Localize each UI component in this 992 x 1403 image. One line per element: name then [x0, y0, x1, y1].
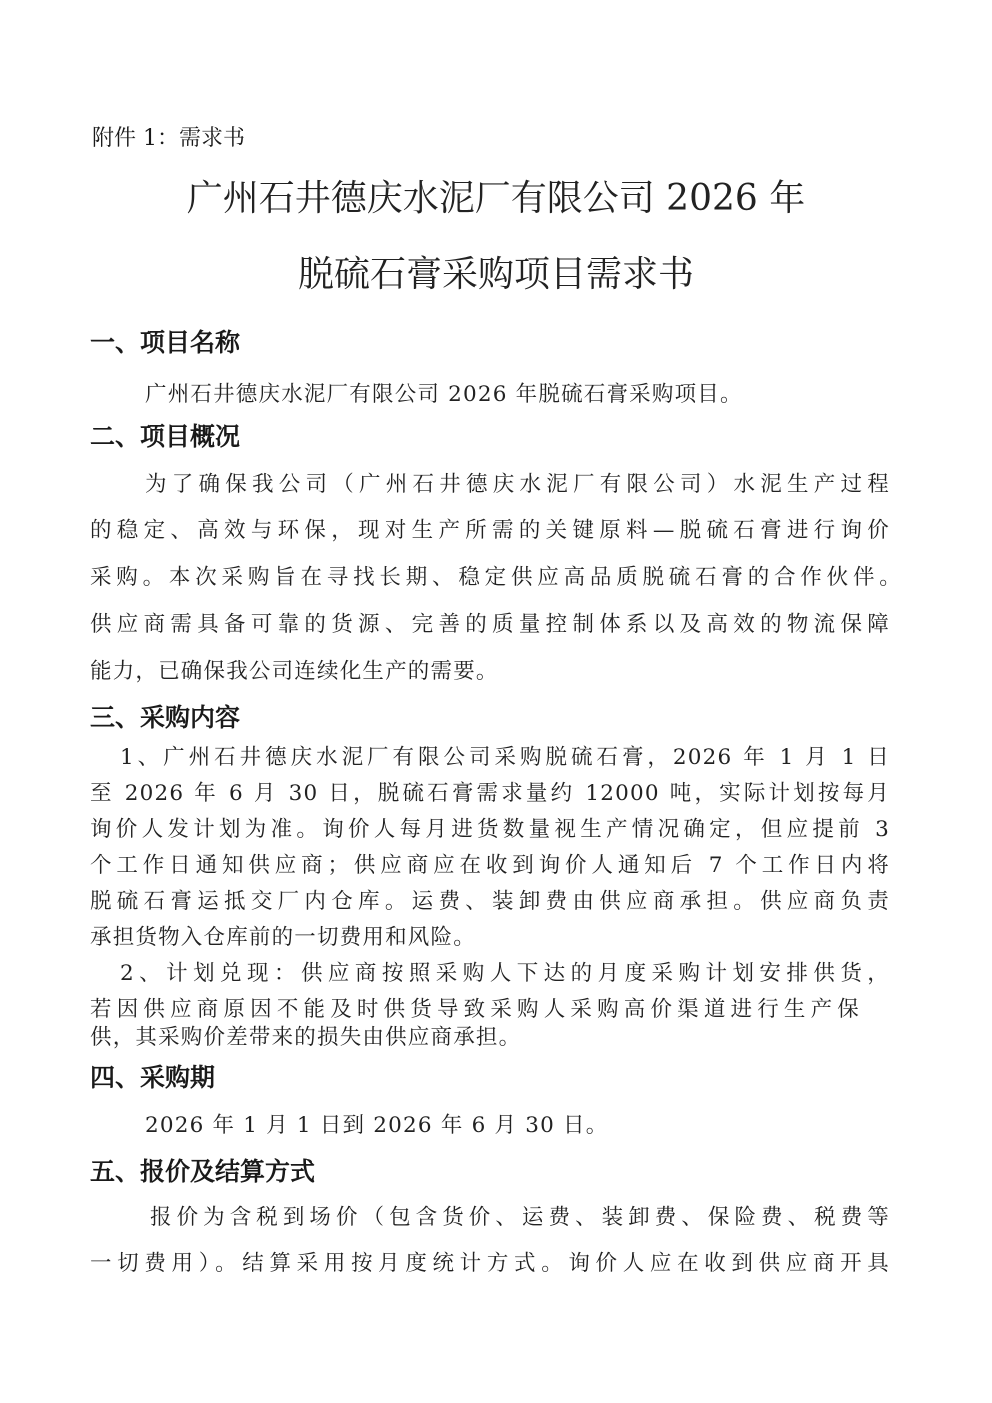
section-paragraph-line: 广州石井德庆水泥厂有限公司 2026 年脱硫石膏采购项目。 [145, 377, 743, 408]
section-paragraph-line: 若因供应商原因不能及时供货导致采购人采购高价渠道进行生产保 [90, 992, 860, 1023]
section-paragraph-line: 能力，已确保我公司连续化生产的需要。 [90, 654, 499, 685]
document-title-line-1: 广州石井德庆水泥厂有限公司 2026 年 [0, 170, 992, 221]
section-heading-procurement-period: 四、采购期 [90, 1058, 215, 1094]
section-paragraph-line: 1、广州石井德庆水泥厂有限公司采购脱硫石膏，2026 年 1 月 1 日 [120, 740, 890, 771]
section-paragraph-line: 至 2026 年 6 月 30 日，脱硫石膏需求量约 12000 吨，实际计划按… [90, 776, 890, 807]
section-heading-quotation-settlement: 五、报价及结算方式 [90, 1152, 315, 1188]
section-paragraph-line: 个工作日通知供应商；供应商应在收到询价人通知后 7 个工作日内将 [90, 848, 890, 879]
section-heading-procurement-content: 三、采购内容 [90, 698, 240, 734]
section-paragraph-line: 承担货物入仓库前的一切费用和风险。 [90, 920, 476, 951]
section-paragraph-line: 报价为含税到场价（包含货价、运费、装卸费、保险费、税费等 [150, 1200, 890, 1231]
section-paragraph-line: 脱硫石膏运抵交厂内仓库。运费、装卸费由供应商承担。供应商负责 [90, 884, 890, 915]
section-paragraph-line: 询价人发计划为准。询价人每月进货数量视生产情况确定，但应提前 3 [90, 812, 890, 843]
section-paragraph-line: 一切费用）。结算采用按月度统计方式。询价人应在收到供应商开具 [90, 1246, 890, 1277]
attachment-label: 附件 1：需求书 [92, 121, 245, 152]
section-paragraph-line: 采购。本次采购旨在寻找长期、稳定供应高品质脱硫石膏的合作伙伴。 [90, 560, 902, 591]
section-paragraph-line: 2026 年 1 月 1 日到 2026 年 6 月 30 日。 [145, 1108, 608, 1139]
section-heading-project-name: 一、项目名称 [90, 323, 240, 359]
section-paragraph-line: 供，其采购价差带来的损失由供应商承担。 [90, 1020, 521, 1051]
section-heading-project-overview: 二、项目概况 [90, 417, 240, 453]
section-paragraph-line: 2、计划兑现：供应商按照采购人下达的月度采购计划安排供货， [120, 956, 890, 987]
document-title-line-2: 脱硫石膏采购项目需求书 [0, 246, 992, 297]
section-paragraph-line: 的稳定、高效与环保，现对生产所需的关键原料—脱硫石膏进行询价 [90, 513, 890, 544]
section-paragraph-line: 为了确保我公司（广州石井德庆水泥厂有限公司）水泥生产过程 [145, 467, 890, 498]
section-paragraph-line: 供应商需具备可靠的货源、完善的质量控制体系以及高效的物流保障 [90, 607, 890, 638]
